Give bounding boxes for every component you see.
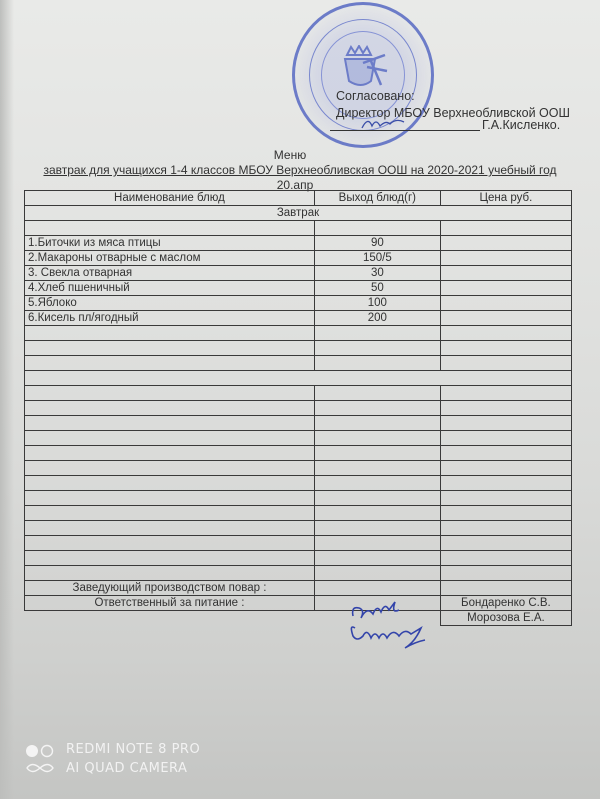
table-row-blank: [25, 551, 572, 566]
chef-label: Заведующий производством повар :: [25, 581, 315, 596]
table-row: 1.Биточки из мяса птицы 90: [25, 236, 572, 251]
table-row-blank: [25, 221, 572, 236]
column-header-price: Цена руб.: [440, 191, 571, 206]
menu-subtitle: завтрак для учащихся 1-4 классов МБОУ Ве…: [30, 163, 570, 177]
approval-director-name: Г.А.Кисленко.: [482, 117, 560, 134]
dish-weight: 100: [314, 296, 440, 311]
approval-label: Согласовано:: [336, 88, 415, 105]
dish-weight: 30: [314, 266, 440, 281]
table-row-blank: [25, 356, 572, 371]
dish-price: [440, 281, 571, 296]
dish-price: [440, 311, 571, 326]
dish-name: 4.Хлеб пшеничный: [25, 281, 315, 296]
dish-name: 6.Кисель пл/ягодный: [25, 311, 315, 326]
signature-row-responsible: Ответственный за питание : Бондаренко С.…: [25, 596, 572, 611]
page-edge-shadow: [0, 0, 14, 799]
camera-watermark-line2: AI QUAD CAMERA: [66, 759, 187, 778]
dish-weight: 50: [314, 281, 440, 296]
section-row: Завтрак: [25, 206, 572, 221]
director-signature-icon: [360, 112, 410, 132]
table-row-blank: [25, 326, 572, 341]
table-row-blank: [25, 491, 572, 506]
table-row-blank: [25, 536, 572, 551]
camera-watermark-line1: REDMI NOTE 8 PRO: [66, 740, 200, 759]
dish-name: 2.Макароны отварные с маслом: [25, 251, 315, 266]
dish-price: [440, 236, 571, 251]
table-row-merged-blank: [25, 371, 572, 386]
menu-title: Меню: [0, 148, 580, 162]
dish-price: [440, 251, 571, 266]
column-header-weight: Выход блюд(г): [314, 191, 440, 206]
table-row-blank: [25, 566, 572, 581]
table-row-blank: [25, 476, 572, 491]
section-title: Завтрак: [25, 206, 572, 221]
dish-name: 1.Биточки из мяса птицы: [25, 236, 315, 251]
dish-price: [440, 266, 571, 281]
table-row-blank: [25, 416, 572, 431]
dish-name: 3. Свекла отварная: [25, 266, 315, 281]
table-row-blank: [25, 386, 572, 401]
table-row: 3. Свекла отварная 30: [25, 266, 572, 281]
handwritten-signatures-icon: [345, 598, 455, 653]
table-row-blank: [25, 446, 572, 461]
table-row-blank: [25, 506, 572, 521]
dish-price: [440, 296, 571, 311]
table-row-blank: [25, 521, 572, 536]
table-row: 4.Хлеб пшеничный 50: [25, 281, 572, 296]
signature-row-names: Морозова Е.А.: [25, 611, 572, 626]
dish-weight: 200: [314, 311, 440, 326]
table-row-blank: [25, 341, 572, 356]
responsible-label: Ответственный за питание :: [25, 596, 315, 611]
dish-weight: 150/5: [314, 251, 440, 266]
column-header-dish: Наименование блюд: [25, 191, 315, 206]
responsible-name: Морозова Е.А.: [440, 611, 571, 626]
dish-weight: 90: [314, 236, 440, 251]
table-row-blank: [25, 461, 572, 476]
camera-watermark-logo-icon: [24, 742, 56, 778]
table-row: 6.Кисель пл/ягодный 200: [25, 311, 572, 326]
signature-row-chef: Заведующий производством повар :: [25, 581, 572, 596]
table-row: 2.Макароны отварные с маслом 150/5: [25, 251, 572, 266]
table-header-row: Наименование блюд Выход блюд(г) Цена руб…: [25, 191, 572, 206]
dish-name: 5.Яблоко: [25, 296, 315, 311]
table-row-blank: [25, 401, 572, 416]
chef-name: Бондаренко С.В.: [440, 596, 571, 611]
menu-table: Наименование блюд Выход блюд(г) Цена руб…: [24, 190, 572, 626]
table-row: 5.Яблоко 100: [25, 296, 572, 311]
stamp-emblem-icon: [341, 45, 391, 91]
table-row-blank: [25, 431, 572, 446]
